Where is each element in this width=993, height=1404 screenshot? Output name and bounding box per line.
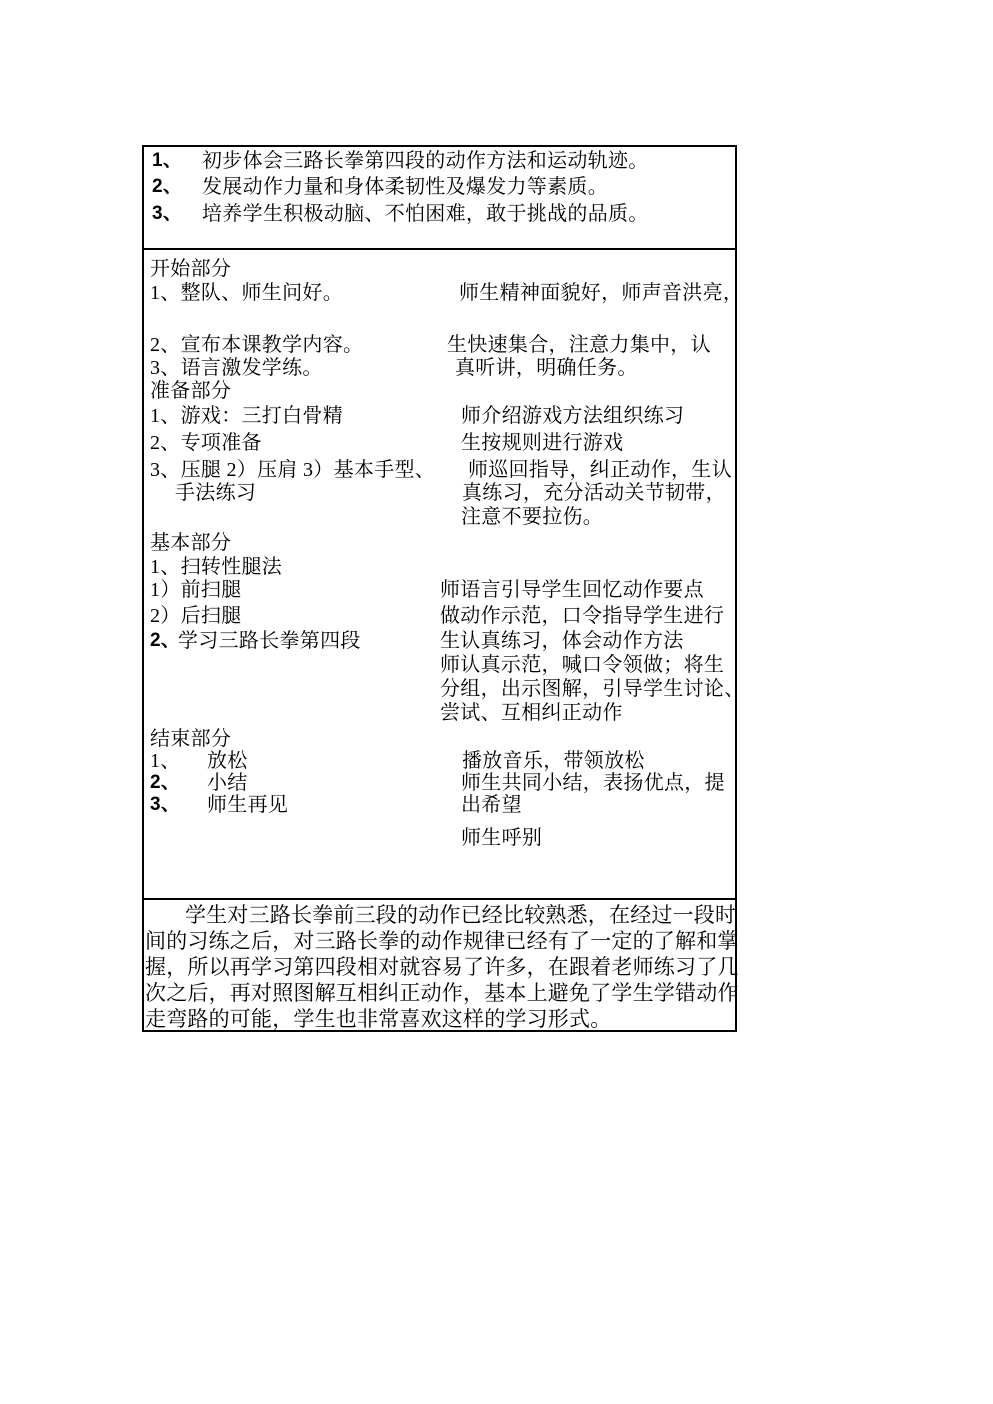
schedule-line-17-text: 分组，出示图解，引导学生讨论、: [440, 677, 745, 701]
schedule-line-20-text: 播放音乐，带领放松: [462, 749, 645, 773]
objective-line-3-text: 培养学生积极动脑、不怕困难，敢于挑战的品质。: [202, 202, 649, 226]
schedule-line-13-text: 1）前扫腿: [150, 578, 242, 602]
schedule-line-1-text: 开始部分: [150, 257, 231, 281]
schedule-line-19-text: 结束部分: [150, 727, 231, 751]
schedule-line-15-number: 2、: [150, 629, 180, 653]
schedule-line-14-text: 做动作示范，口令指导学生进行: [440, 604, 724, 628]
schedule-line-11-text: 基本部分: [150, 531, 231, 555]
schedule-line-22-text: 师生再见: [207, 793, 288, 817]
schedule-line-3-text: 2、宣布本课教学内容。: [150, 333, 363, 357]
schedule-line-21-number: 2、: [150, 771, 180, 795]
schedule-line-2-text: 师生精神面貌好，师声音洪亮，: [459, 281, 743, 305]
objective-line-1-number: 1、: [152, 149, 182, 173]
schedule-line-4-text: 3、语言激发学练。: [150, 356, 323, 380]
schedule-line-5-text: 准备部分: [150, 379, 231, 403]
schedule-line-4-text: 真听讲，明确任务。: [455, 356, 638, 380]
schedule-line-14-text: 2）后扫腿: [150, 604, 242, 628]
schedule-line-13-text: 师语言引导学生回忆动作要点: [440, 578, 704, 602]
schedule-line-21-text: 师生共同小结，表扬优点，提: [461, 771, 725, 795]
objective-line-3-number: 3、: [152, 202, 182, 226]
schedule-line-12-text: 1、扫转性腿法: [150, 555, 282, 579]
row-divider-objectives-bottom: [142, 248, 737, 250]
schedule-line-7-text: 生按规则进行游戏: [461, 431, 623, 455]
schedule-line-7-text: 2、专项准备: [150, 431, 262, 455]
summary-line-5-text: 走弯路的可能，学生也非常喜欢这样的学习形式。: [145, 1007, 611, 1031]
schedule-line-8-text: 3、压腿 2）压肩 3）基本手型、: [150, 458, 435, 482]
row-divider-schedule-bottom: [142, 898, 737, 900]
schedule-line-18-text: 尝试、互相纠正动作: [440, 701, 623, 725]
objective-line-2-number: 2、: [152, 175, 182, 199]
schedule-line-20-text: 放松: [207, 749, 248, 773]
schedule-line-15-text: 生认真练习，体会动作方法: [440, 629, 684, 653]
schedule-line-22-text: 出希望: [461, 793, 522, 817]
schedule-line-10-text: 注意不要拉伤。: [461, 505, 603, 529]
schedule-line-6-text: 1、游戏：三打白骨精: [150, 404, 343, 428]
schedule-line-6-text: 师介绍游戏方法组织练习: [461, 404, 684, 428]
schedule-line-16-text: 师认真示范，喊口令领做；将生: [440, 653, 724, 677]
schedule-line-22-number: 3、: [150, 793, 180, 817]
schedule-line-9-text: 真练习，充分活动关节韧带，: [462, 481, 726, 505]
schedule-line-15-text: 学习三路长拳第四段: [178, 629, 361, 653]
objective-line-1-text: 初步体会三路长拳第四段的动作方法和运动轨迹。: [202, 149, 649, 173]
schedule-line-3-text: 生快速集合，注意力集中，认: [447, 333, 711, 357]
schedule-line-21-text: 小结: [207, 771, 248, 795]
summary-line-1-text: 学生对三路长拳前三段的动作已经比较熟悉，在经过一段时: [185, 903, 736, 927]
summary-line-4-text: 次之后，再对照图解互相纠正动作，基本上避免了学生学错动作: [145, 981, 739, 1005]
schedule-line-9-text: 手法练习: [175, 481, 256, 505]
schedule-line-20-text: 1、: [150, 749, 181, 773]
schedule-line-8-text: 师巡回指导，纠正动作，生认: [468, 458, 732, 482]
document-page: 1、初步体会三路长拳第四段的动作方法和运动轨迹。2、发展动作力量和身体柔韧性及爆…: [0, 0, 993, 1404]
summary-line-3-text: 握，所以再学习第四段相对就容易了许多，在跟着老师练习了几: [145, 955, 739, 979]
schedule-line-23-text: 师生呼别: [461, 826, 542, 850]
summary-line-2-text: 间的习练之后，对三路长拳的动作规律已经有了一定的了解和掌: [145, 929, 739, 953]
objective-line-2-text: 发展动作力量和身体柔韧性及爆发力等素质。: [202, 175, 608, 199]
schedule-line-2-text: 1、整队、师生问好。: [150, 281, 343, 305]
